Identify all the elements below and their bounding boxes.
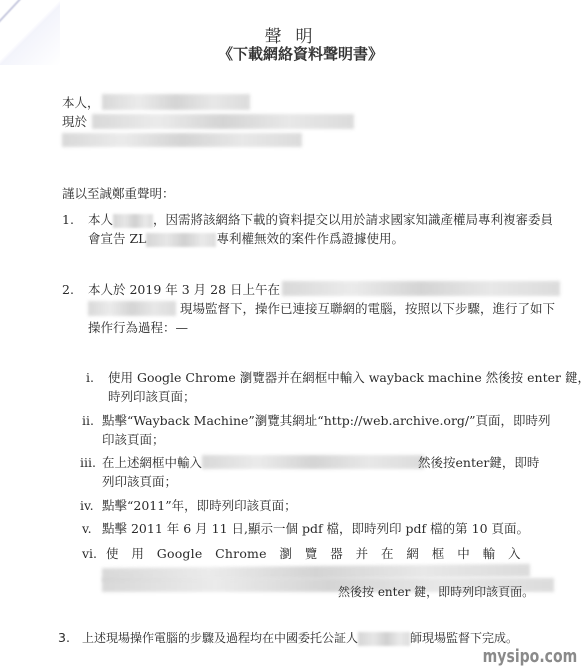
- step-i-marker: i.: [86, 370, 94, 385]
- step-iii-line-1: 在上述網框中輸入: [102, 455, 202, 471]
- step-v-line-1: 點擊 2011 年 6 月 11 日,顯示一個 pdf 檔，即時列印 pdf 檔…: [102, 521, 529, 537]
- redacted-notary: [358, 632, 410, 646]
- redacted-name: [102, 94, 250, 110]
- document-subtitle: 《下載網絡資料聲明書》: [0, 43, 581, 64]
- item-1-line-1: 本人，因需將該網絡下載的資料提交以用於請求國家知識產權局專利複審委員: [88, 212, 553, 228]
- solemn-declaration: 謹以至誠鄭重聲明：: [62, 186, 175, 202]
- item-3-line1-suffix: 師現場監督下完成。: [410, 631, 518, 645]
- step-iii-line-1-suffix: 然後按enter鍵，即時: [418, 455, 539, 471]
- item-2-line-3: 操作行為過程：—: [88, 320, 188, 336]
- intro-line1-prefix: 本人，: [62, 95, 100, 110]
- item-2-line-2: 現場監督下，操作已連接互聯網的電腦，按照以下步驟，進行了如下: [180, 301, 555, 317]
- item-1-line2-prefix: 會宣告 ZL: [88, 231, 146, 246]
- redacted-address-cont: [62, 133, 302, 147]
- step-iv-marker: iv.: [80, 498, 94, 513]
- item-3-line-1: 上述現場操作電腦的步驟及過程均在中國委托公証人師現場監督下完成。: [82, 630, 518, 646]
- watermark: mysipo.com: [482, 646, 577, 667]
- redacted-location: [282, 281, 560, 296]
- intro-line-1: 本人，: [62, 95, 100, 111]
- item-2-number: 2.: [62, 282, 74, 297]
- redacted-notary: [88, 301, 176, 316]
- item-2-line-1: 本人於 2019 年 3 月 28 日上午在: [88, 282, 280, 298]
- redacted-url: [202, 455, 424, 469]
- step-ii-line-2: 印該頁面；: [102, 432, 165, 448]
- redacted-address: [92, 114, 354, 129]
- item-2-line1: 本人於 2019 年 3 月 28 日上午在: [88, 282, 280, 297]
- step-iii-line-2: 列印該頁面；: [102, 474, 177, 490]
- step-vi-line-3: 然後按 enter 鍵，即時列印該頁面。: [338, 584, 534, 600]
- intro-line-2: 現於: [62, 114, 87, 130]
- redacted-name: [113, 214, 153, 228]
- item-1-line-2: 會宣告 ZL專利權無效的案件作爲證據使用。: [88, 231, 404, 247]
- step-ii-line-1: 點擊“Wayback Machine”瀏覽其網址“http://web.arch…: [102, 413, 551, 429]
- step-iii-line1-prefix: 在上述網框中輸入: [102, 455, 202, 470]
- step-i-line-2: 時列印該頁面；: [108, 389, 196, 405]
- step-i-line-1: 使用 Google Chrome 瀏覽器并在網框中輸入 wayback mach…: [108, 370, 581, 386]
- redacted-patent-number: [146, 233, 216, 247]
- item-3-line1-prefix: 上述現場操作電腦的步驟及過程均在中國委托公証人: [82, 631, 358, 645]
- step-vi-line-1: 使 用 Google Chrome 瀏 覽 器 并 在 網 框 中 輸 入: [106, 546, 521, 562]
- step-v-marker: v.: [82, 521, 92, 536]
- item-1-number: 1.: [62, 212, 74, 227]
- step-vi-marker: vi.: [82, 546, 97, 561]
- step-iv-line-1: 點擊“2011”年，即時列印該頁面；: [102, 498, 297, 514]
- item-1-line1-prefix: 本人: [88, 212, 113, 227]
- item-1-line1-suffix: ，因需將該網絡下載的資料提交以用於請求國家知識產權局專利複審委員: [153, 212, 553, 227]
- intro-line2-prefix: 現於: [62, 114, 87, 129]
- step-iii-marker: iii.: [80, 455, 96, 470]
- step-ii-marker: ii.: [82, 413, 94, 428]
- item-1-line2-suffix: 專利權無效的案件作爲證據使用。: [216, 231, 404, 246]
- item-3-number: 3.: [58, 630, 70, 645]
